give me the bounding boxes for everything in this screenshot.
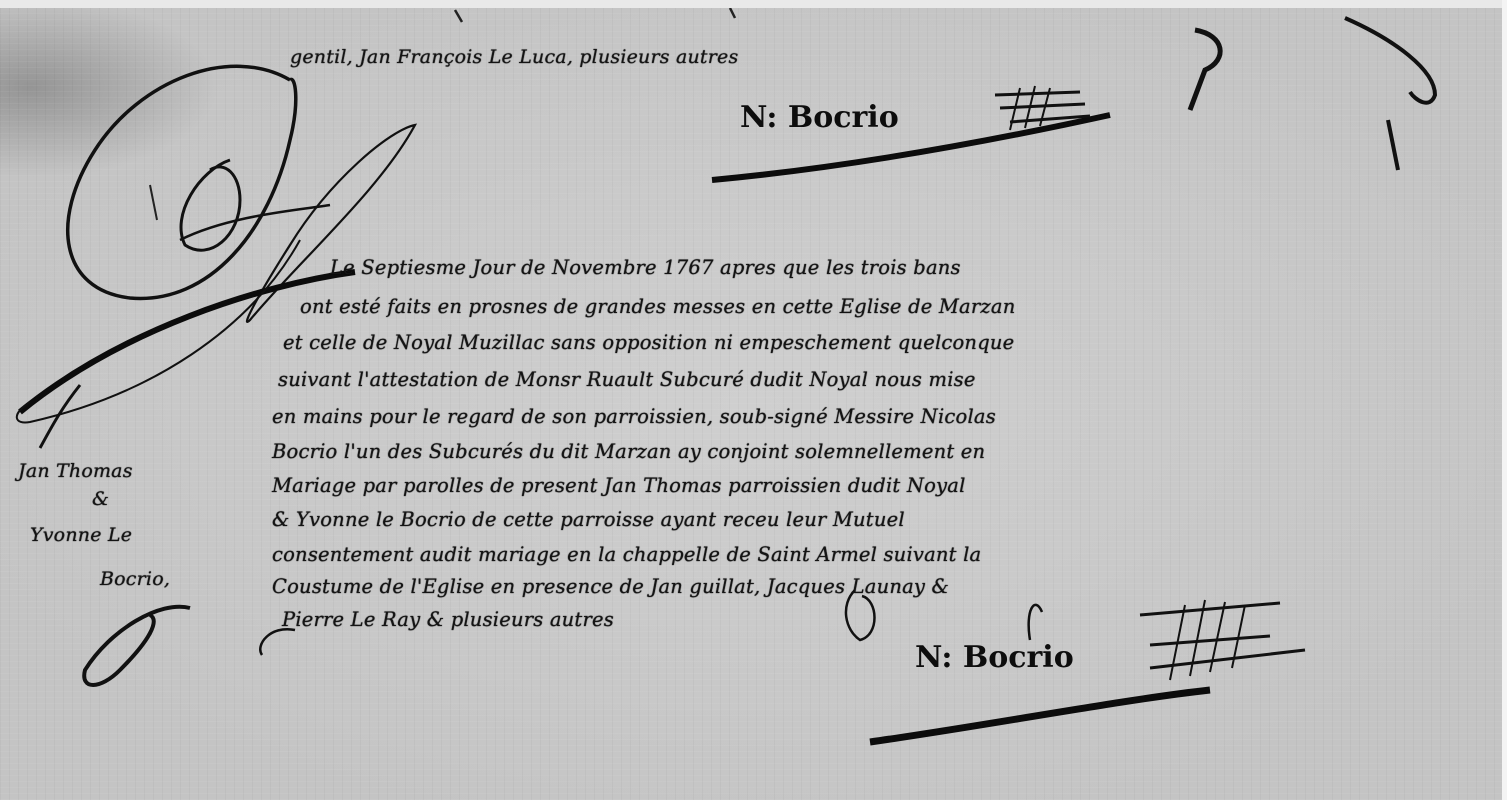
- entry-line-6: Bocrio l'un des Subcurés du dit Marzan a…: [272, 440, 985, 463]
- previous-entry-signature: N: Bocrio: [740, 100, 899, 135]
- entry-line-2: ont esté faits en prosnes de grandes mes…: [300, 295, 1015, 318]
- entry-line-5: en mains pour le regard de son parroissi…: [272, 405, 996, 428]
- manuscript-page: gentil, Jan François Le Luca, plusieurs …: [0, 8, 1502, 800]
- entry-line-11: Pierre Le Ray & plusieurs autres: [282, 608, 614, 631]
- margin-note-line-2: &: [92, 488, 109, 510]
- margin-note-line-4: Bocrio,: [100, 568, 170, 590]
- entry-line-7: Mariage par parolles de present Jan Thom…: [272, 474, 966, 497]
- entry-line-4: suivant l'attestation de Monsr Ruault Su…: [278, 368, 976, 391]
- margin-note-line-3: Yvonne Le: [30, 524, 132, 546]
- entry-line-3: et celle de Noyal Muzillac sans oppositi…: [283, 331, 1014, 354]
- entry-line-9: consentement audit mariage en la chappel…: [272, 543, 981, 566]
- entry-line-8: & Yvonne le Bocrio de cette parroisse ay…: [272, 508, 905, 531]
- priest-signature: N: Bocrio: [915, 640, 1074, 675]
- previous-entry-text: gentil, Jan François Le Luca, plusieurs …: [290, 46, 738, 68]
- entry-line-10: Coustume de l'Eglise en presence de Jan …: [272, 575, 949, 598]
- entry-line-1: Le Septiesme Jour de Novembre 1767 apres…: [330, 256, 961, 279]
- margin-note-line-1: Jan Thomas: [18, 460, 133, 482]
- scan-border: [1502, 0, 1507, 800]
